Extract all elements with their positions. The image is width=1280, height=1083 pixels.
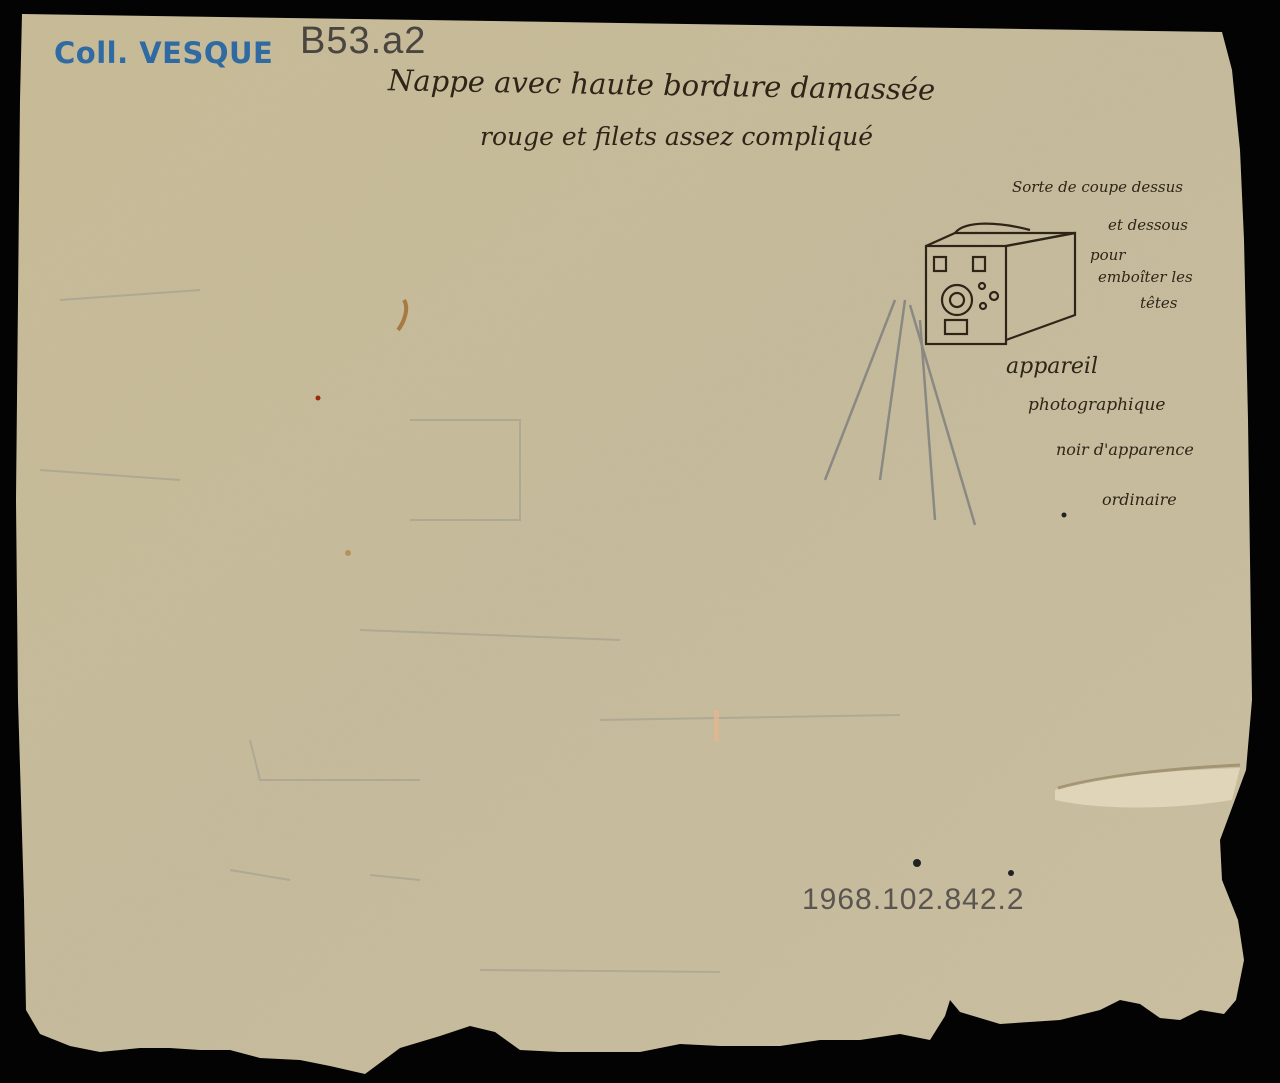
collection-stamp: Coll. VESQUE — [54, 36, 273, 70]
annotation-top-line-1: Sorte de coupe dessus — [1012, 178, 1183, 196]
inventory-number: 1968.102.842.2 — [802, 883, 1025, 917]
annotation-bottom-line-1: appareil — [1006, 354, 1098, 379]
annotation-bottom-line-3: noir d'apparence — [1056, 440, 1194, 459]
paper-sheet — [0, 0, 1280, 1083]
annotation-top-line-5: têtes — [1140, 294, 1178, 312]
annotation-bottom-line-2: photographique — [1028, 395, 1165, 415]
annotation-top-line-2: et dessous — [1108, 216, 1188, 234]
shelf-mark: B53.a2 — [300, 20, 426, 63]
annotation-bottom-line-4: ordinaire — [1102, 490, 1177, 509]
annotation-top-line-4: emboîter les — [1098, 268, 1193, 286]
annotation-top-line-3: pour — [1090, 246, 1125, 264]
scanned-document: Coll. VESQUE B53.a2 Nappe avec haute bor… — [0, 0, 1280, 1083]
main-note-line-2: rouge et filets assez compliqué — [480, 122, 873, 151]
